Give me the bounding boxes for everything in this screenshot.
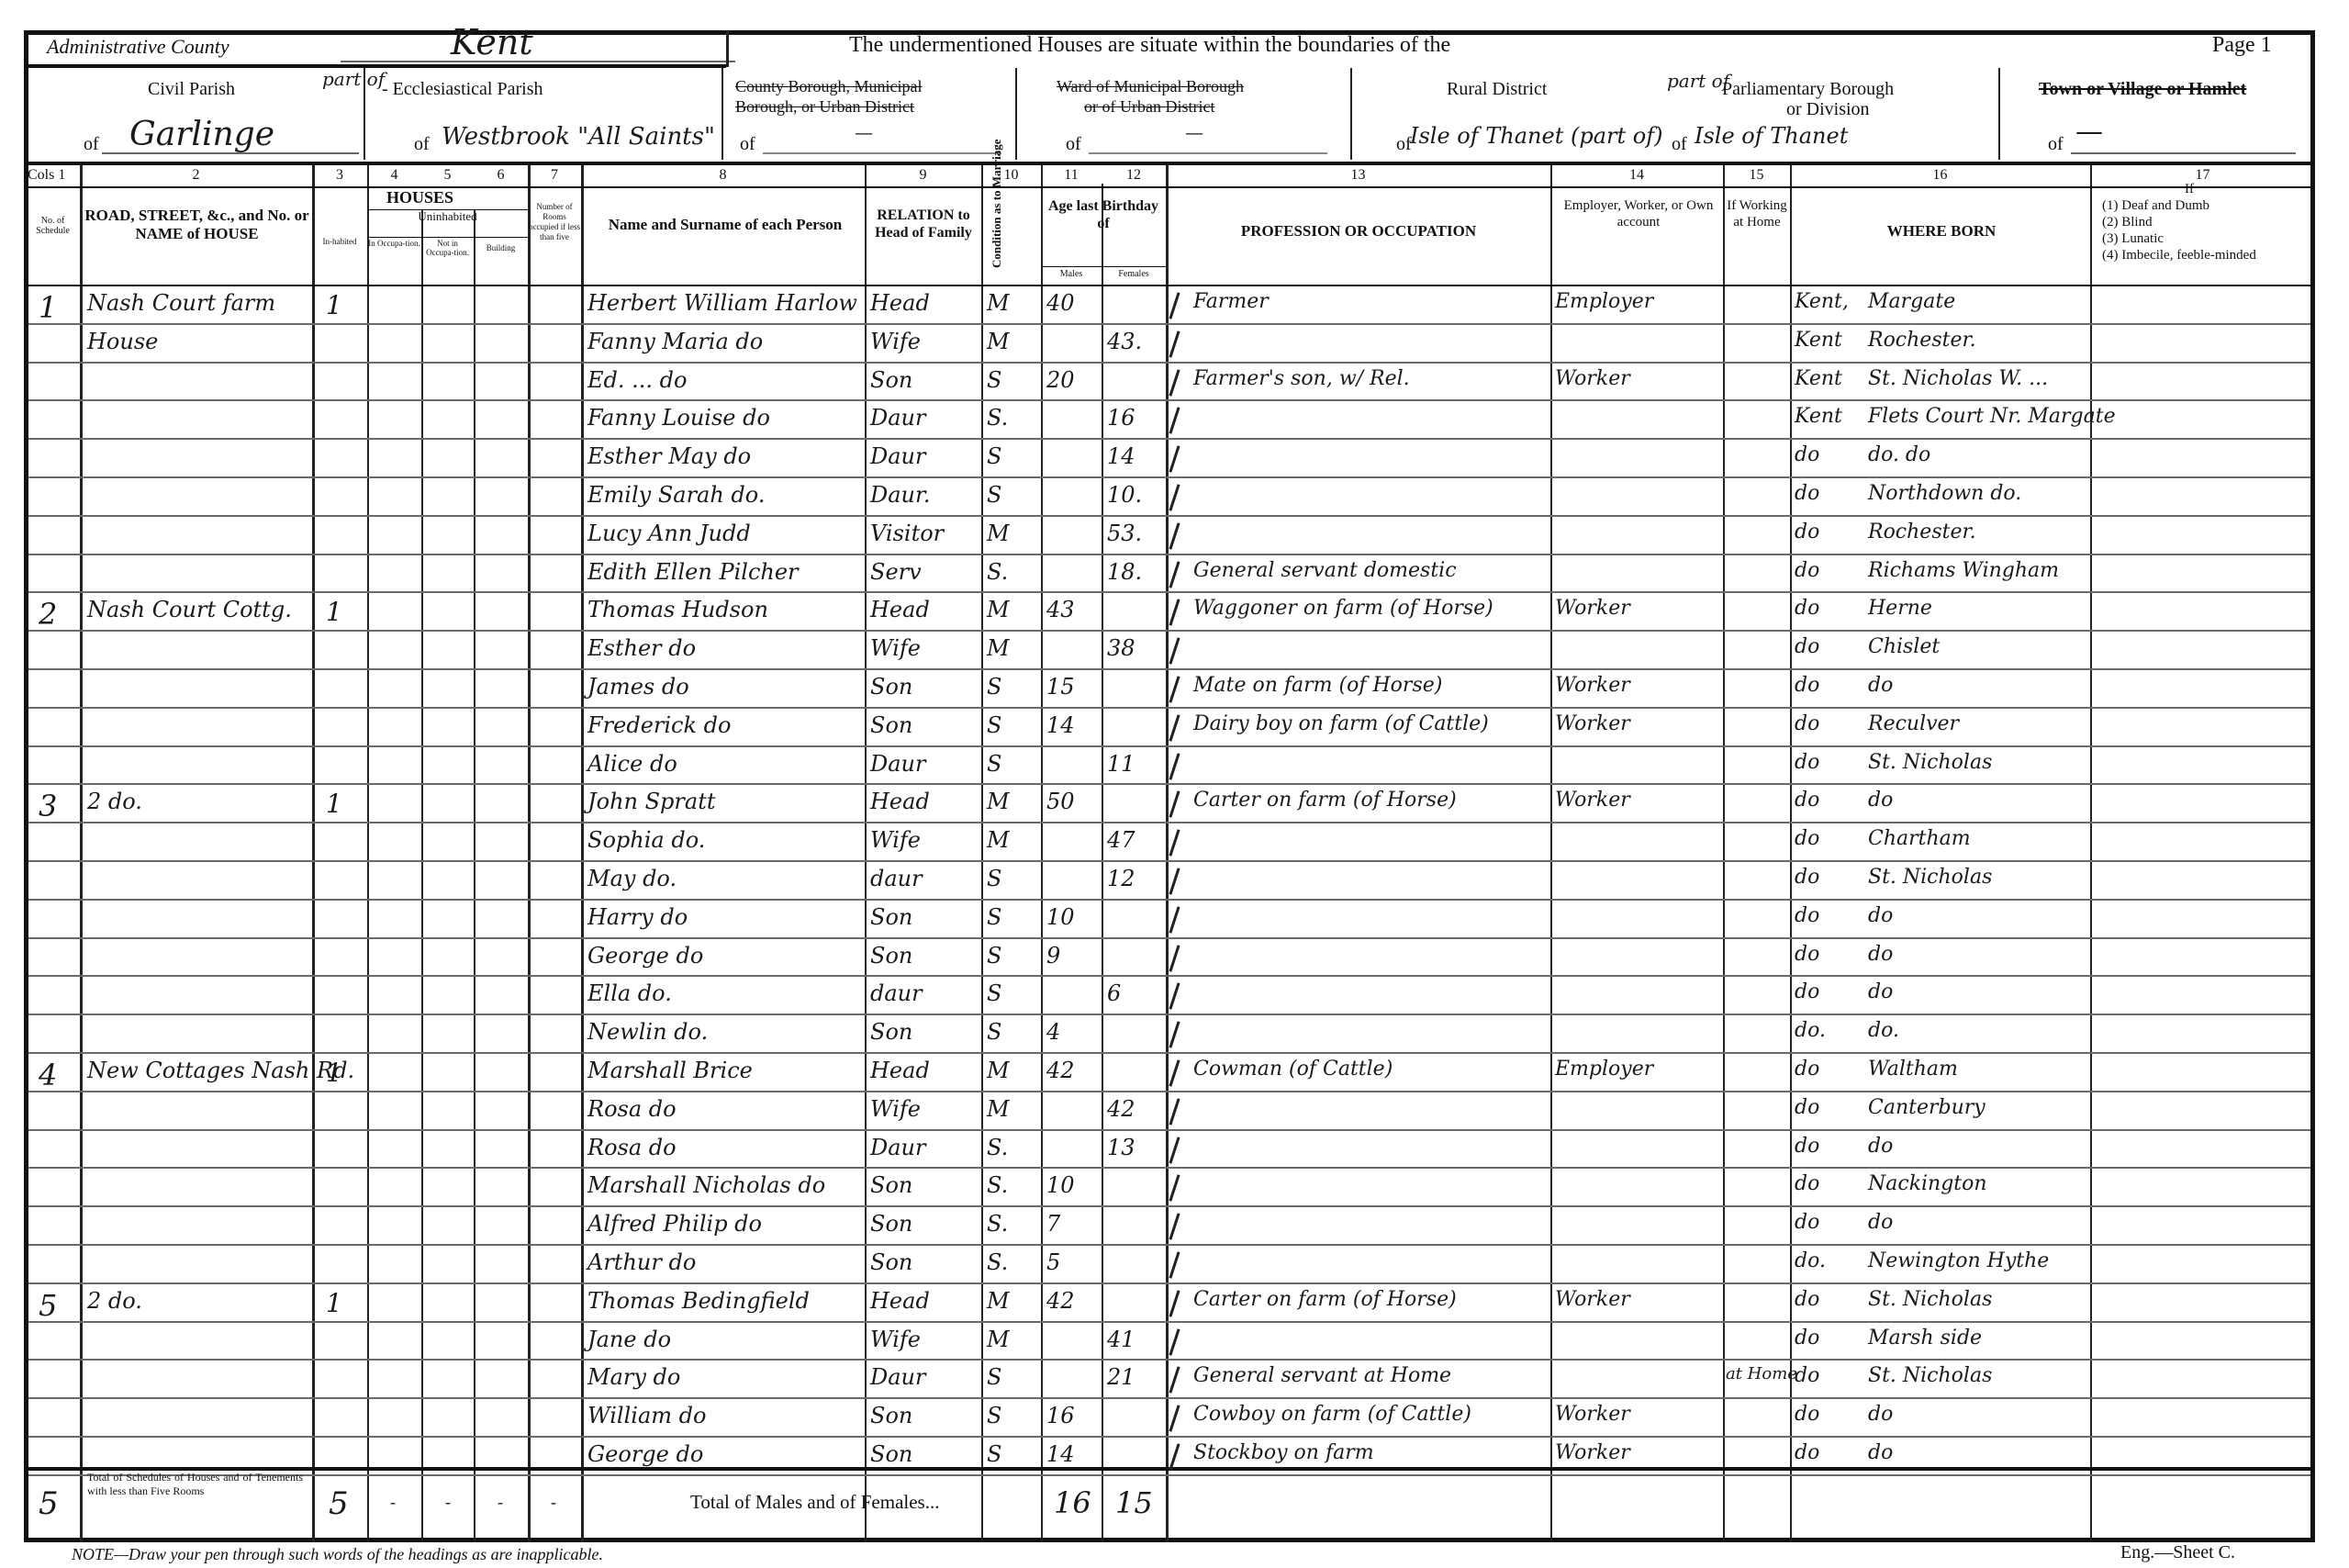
condition-cell: S bbox=[987, 904, 1001, 930]
born-county-cell: do bbox=[1795, 1441, 1819, 1464]
employment-cell: Worker bbox=[1555, 674, 1630, 697]
table-row: HouseFanny Maria doWifeM43.KentRochester… bbox=[0, 325, 2349, 364]
born-county-cell: do bbox=[1795, 943, 1819, 966]
table-row: Emily Sarah do.Daur.S10.doNorthdown do. bbox=[0, 478, 2349, 517]
born-county-cell: do bbox=[1795, 482, 1819, 505]
table-row: Rosa doWifeM42doCanterbury bbox=[0, 1092, 2349, 1131]
born-place-cell: Marsh side bbox=[1868, 1327, 1982, 1350]
occupation-check-mark bbox=[1169, 484, 1180, 510]
condition-cell: S bbox=[987, 943, 1001, 969]
born-county-cell: do bbox=[1795, 1288, 1819, 1311]
name-cell: Ella do. bbox=[587, 980, 672, 1006]
name-cell: Thomas Bedingfield bbox=[587, 1288, 810, 1314]
table-row: George doSonS9dodo bbox=[0, 939, 2349, 978]
employment-cell: Worker bbox=[1555, 367, 1630, 390]
employment-cell: Worker bbox=[1555, 789, 1630, 812]
name-cell: John Spratt bbox=[587, 789, 716, 814]
name-cell: James do bbox=[587, 674, 689, 700]
name-cell: Sophia do. bbox=[587, 827, 705, 853]
occupation-cell: Stockboy on farm bbox=[1193, 1441, 1374, 1464]
condition-cell: M bbox=[987, 635, 1010, 661]
relation-cell: Daur bbox=[870, 1364, 925, 1390]
occupation-check-mark bbox=[1169, 829, 1180, 856]
table-row: May do.daurS12doSt. Nicholas bbox=[0, 862, 2349, 901]
relation-cell: Son bbox=[870, 1441, 912, 1467]
male-age-cell: 14 bbox=[1046, 1441, 1075, 1467]
born-place-cell: Waltham bbox=[1868, 1058, 1958, 1081]
condition-cell: M bbox=[987, 290, 1010, 316]
name-cell: Marshall Brice bbox=[587, 1058, 753, 1083]
occupation-check-mark bbox=[1169, 1443, 1180, 1470]
occupation-cell: Carter on farm (of Horse) bbox=[1193, 1288, 1457, 1311]
condition-cell: M bbox=[987, 597, 1010, 622]
female-age-cell: 47 bbox=[1107, 827, 1135, 853]
relation-cell: Head bbox=[870, 1058, 930, 1083]
occupation-check-mark bbox=[1169, 753, 1180, 779]
occupation-check-mark bbox=[1169, 1290, 1180, 1316]
relation-cell: Daur bbox=[870, 1135, 925, 1160]
name-cell: Alice do bbox=[587, 751, 677, 777]
totals-males: 16 bbox=[1054, 1485, 1091, 1520]
born-place-cell: Rochester. bbox=[1868, 329, 1976, 352]
born-place-cell: Herne bbox=[1868, 597, 1932, 620]
condition-cell: S bbox=[987, 482, 1001, 508]
male-age-cell: 4 bbox=[1046, 1019, 1060, 1045]
born-county-cell: do bbox=[1795, 1135, 1819, 1158]
condition-cell: S bbox=[987, 866, 1001, 891]
name-cell: Frederick do bbox=[587, 712, 731, 738]
relation-cell: Son bbox=[870, 367, 912, 393]
male-age-cell: 9 bbox=[1046, 943, 1060, 969]
name-cell: Thomas Hudson bbox=[587, 597, 768, 622]
relation-cell: Wife bbox=[870, 635, 921, 661]
born-place-cell: do bbox=[1868, 789, 1893, 812]
born-county-cell: Kent bbox=[1795, 329, 1842, 352]
born-county-cell: do. bbox=[1795, 1019, 1826, 1042]
name-cell: Lucy Ann Judd bbox=[587, 521, 751, 546]
table-row: Newlin do.SonS4do.do. bbox=[0, 1015, 2349, 1054]
male-age-cell: 5 bbox=[1046, 1249, 1060, 1275]
name-cell: Mary do bbox=[587, 1364, 680, 1390]
born-place-cell: St. Nicholas W. ... bbox=[1868, 367, 2048, 390]
born-place-cell: do bbox=[1868, 1211, 1893, 1234]
relation-cell: Daur bbox=[870, 751, 925, 777]
table-row: Sophia do.WifeM47doChartham bbox=[0, 823, 2349, 862]
table-row: Frederick doSonS14Dairy boy on farm (of … bbox=[0, 709, 2349, 747]
occupation-check-mark bbox=[1169, 714, 1180, 741]
name-cell: Edith Ellen Pilcher bbox=[587, 559, 799, 585]
condition-cell: S bbox=[987, 712, 1001, 738]
table-row: Rosa doDaurS.13dodo bbox=[0, 1131, 2349, 1170]
condition-cell: S. bbox=[987, 1135, 1008, 1160]
employment-cell: Worker bbox=[1555, 597, 1630, 620]
relation-cell: Wife bbox=[870, 1096, 921, 1122]
born-place-cell: do bbox=[1868, 1135, 1893, 1158]
employment-cell: Employer bbox=[1555, 290, 1653, 313]
condition-cell: S bbox=[987, 443, 1001, 469]
occupation-check-mark bbox=[1169, 408, 1180, 434]
condition-cell: S bbox=[987, 1019, 1001, 1045]
born-place-cell: do. bbox=[1868, 1019, 1899, 1042]
occupation-cell: Carter on farm (of Horse) bbox=[1193, 789, 1457, 812]
relation-cell: Head bbox=[870, 597, 930, 622]
male-age-cell: 10 bbox=[1046, 904, 1075, 930]
inhabited-cell: 1 bbox=[326, 1058, 342, 1088]
male-age-cell: 20 bbox=[1046, 367, 1075, 393]
born-county-cell: do bbox=[1795, 751, 1819, 774]
occupation-check-mark bbox=[1169, 599, 1180, 626]
born-county-cell: do bbox=[1795, 1058, 1819, 1081]
born-place-cell: Reculver bbox=[1868, 712, 1959, 735]
condition-cell: M bbox=[987, 1058, 1010, 1083]
address-cell: Nash Court farm bbox=[87, 290, 275, 316]
born-county-cell: do bbox=[1795, 1364, 1819, 1387]
condition-cell: M bbox=[987, 789, 1010, 814]
census-rows: 1Nash Court farm1Herbert William HarlowH… bbox=[0, 0, 2349, 1568]
male-age-cell: 14 bbox=[1046, 712, 1075, 738]
table-row: 52 do.1Thomas BedingfieldHeadM42Carter o… bbox=[0, 1284, 2349, 1323]
female-age-cell: 6 bbox=[1107, 980, 1121, 1006]
female-age-cell: 11 bbox=[1107, 751, 1135, 777]
female-age-cell: 13 bbox=[1107, 1135, 1135, 1160]
relation-cell: Son bbox=[870, 1172, 912, 1198]
table-row: William doSonS16Cowboy on farm (of Cattl… bbox=[0, 1399, 2349, 1438]
born-place-cell: Flets Court Nr. Margate bbox=[1868, 405, 2116, 428]
occupation-check-mark bbox=[1169, 1405, 1180, 1431]
relation-cell: Daur. bbox=[870, 482, 930, 508]
relation-cell: Daur bbox=[870, 443, 925, 469]
male-age-cell: 7 bbox=[1046, 1211, 1060, 1237]
inhabited-cell: 1 bbox=[326, 290, 342, 320]
female-age-cell: 16 bbox=[1107, 405, 1135, 431]
name-cell: Rosa do bbox=[587, 1135, 677, 1160]
born-county-cell: do bbox=[1795, 904, 1819, 927]
condition-cell: M bbox=[987, 1096, 1010, 1122]
table-row: Alice doDaurS11doSt. Nicholas bbox=[0, 747, 2349, 786]
table-row: Mary doDaurS21General servant at Homeat … bbox=[0, 1361, 2349, 1399]
condition-cell: M bbox=[987, 329, 1010, 354]
born-county-cell: do bbox=[1795, 674, 1819, 697]
condition-cell: S bbox=[987, 1441, 1001, 1467]
relation-cell: Visitor bbox=[870, 521, 944, 546]
male-age-cell: 15 bbox=[1046, 674, 1075, 700]
born-place-cell: Rochester. bbox=[1868, 521, 1976, 543]
female-age-cell: 38 bbox=[1107, 635, 1135, 661]
condition-cell: S bbox=[987, 751, 1001, 777]
relation-cell: Son bbox=[870, 1211, 912, 1237]
occupation-check-mark bbox=[1169, 868, 1180, 894]
name-cell: Alfred Philip do bbox=[587, 1211, 762, 1237]
born-place-cell: Canterbury bbox=[1868, 1096, 1985, 1119]
born-place-cell: do. do bbox=[1868, 443, 1930, 466]
totals-mf-label: Total of Males and of Females... bbox=[690, 1491, 939, 1514]
female-age-cell: 14 bbox=[1107, 443, 1135, 469]
born-county-cell: Kent, bbox=[1795, 290, 1849, 313]
table-row: James doSonS15Mate on farm (of Horse)Wor… bbox=[0, 670, 2349, 709]
table-row: Alfred Philip doSonS.7dodo bbox=[0, 1207, 2349, 1246]
name-cell: Herbert William Harlow bbox=[587, 290, 857, 316]
born-place-cell: St. Nicholas bbox=[1868, 1364, 1992, 1387]
occupation-check-mark bbox=[1169, 292, 1180, 319]
occupation-check-mark bbox=[1169, 330, 1180, 357]
born-county-cell: do bbox=[1795, 1211, 1819, 1234]
born-place-cell: St. Nicholas bbox=[1868, 751, 1992, 774]
name-cell: Esther May do bbox=[587, 443, 751, 469]
totals-row: 5 Total of Schedules of Houses and of Te… bbox=[0, 1469, 2349, 1542]
relation-cell: Wife bbox=[870, 827, 921, 853]
occupation-cell: Cowboy on farm (of Cattle) bbox=[1193, 1403, 1471, 1426]
table-row: Fanny Louise doDaurS.16KentFlets Court N… bbox=[0, 401, 2349, 440]
occupation-cell: General servant domestic bbox=[1193, 559, 1457, 582]
female-age-cell: 18. bbox=[1107, 559, 1142, 585]
born-county-cell: do. bbox=[1795, 1249, 1826, 1272]
table-row: 32 do.1John SprattHeadM50Carter on farm … bbox=[0, 785, 2349, 823]
female-age-cell: 10. bbox=[1107, 482, 1142, 508]
occupation-cell: General servant at Home bbox=[1193, 1364, 1451, 1387]
name-cell: Marshall Nicholas do bbox=[587, 1172, 825, 1198]
relation-cell: Wife bbox=[870, 329, 921, 354]
male-age-cell: 43 bbox=[1046, 597, 1075, 622]
female-age-cell: 21 bbox=[1107, 1364, 1135, 1390]
relation-cell: Son bbox=[870, 943, 912, 969]
table-row: 1Nash Court farm1Herbert William HarlowH… bbox=[0, 286, 2349, 325]
relation-cell: Son bbox=[870, 1019, 912, 1045]
condition-cell: S. bbox=[987, 405, 1008, 431]
table-row: Ella do.daurS6dodo bbox=[0, 977, 2349, 1015]
name-cell: Esther do bbox=[587, 635, 696, 661]
condition-cell: S. bbox=[987, 559, 1008, 585]
occupation-check-mark bbox=[1169, 906, 1180, 933]
occupation-cell: Farmer bbox=[1193, 290, 1269, 313]
sheet-label: Eng.—Sheet C. bbox=[2120, 1542, 2235, 1563]
born-county-cell: do bbox=[1795, 980, 1819, 1003]
occupation-check-mark bbox=[1169, 1021, 1180, 1047]
table-row: Jane doWifeM41doMarsh side bbox=[0, 1323, 2349, 1361]
occupation-check-mark bbox=[1169, 1137, 1180, 1163]
born-county-cell: do bbox=[1795, 1096, 1819, 1119]
occupation-cell: Dairy boy on farm (of Cattle) bbox=[1193, 712, 1489, 735]
employment-cell: Employer bbox=[1555, 1058, 1653, 1081]
name-cell: Harry do bbox=[587, 904, 688, 930]
female-age-cell: 43. bbox=[1107, 329, 1142, 354]
occupation-check-mark bbox=[1169, 445, 1180, 472]
female-age-cell: 42 bbox=[1107, 1096, 1135, 1122]
male-age-cell: 16 bbox=[1046, 1403, 1075, 1428]
table-row: Esther May doDaurS14dodo. do bbox=[0, 440, 2349, 478]
name-cell: George do bbox=[587, 1441, 703, 1467]
born-place-cell: Richams Wingham bbox=[1868, 559, 2059, 582]
condition-cell: S. bbox=[987, 1249, 1008, 1275]
condition-cell: M bbox=[987, 521, 1010, 546]
occupation-check-mark bbox=[1169, 522, 1180, 549]
table-row: Edith Ellen PilcherServS.18.General serv… bbox=[0, 555, 2349, 594]
totals-in-occupation: - bbox=[390, 1493, 396, 1512]
relation-cell: Son bbox=[870, 1249, 912, 1275]
name-cell: George do bbox=[587, 943, 703, 969]
born-place-cell: do bbox=[1868, 1441, 1893, 1464]
totals-building: - bbox=[498, 1493, 503, 1512]
condition-cell: M bbox=[987, 1327, 1010, 1352]
totals-females: 15 bbox=[1115, 1485, 1153, 1520]
occupation-cell: Mate on farm (of Horse) bbox=[1193, 674, 1442, 697]
name-cell: Arthur do bbox=[587, 1249, 696, 1275]
born-county-cell: do bbox=[1795, 712, 1819, 735]
born-place-cell: Newington Hythe bbox=[1868, 1249, 2049, 1272]
condition-cell: M bbox=[987, 827, 1010, 853]
inhabited-cell: 1 bbox=[326, 1288, 342, 1318]
female-age-cell: 53. bbox=[1107, 521, 1142, 546]
table-row: 2Nash Court Cottg.1Thomas HudsonHeadM43W… bbox=[0, 593, 2349, 632]
address-cell: New Cottages Nash Rd. bbox=[87, 1058, 354, 1083]
address-cell: 2 do. bbox=[87, 789, 142, 814]
name-cell: Rosa do bbox=[587, 1096, 677, 1122]
born-county-cell: do bbox=[1795, 1403, 1819, 1426]
born-place-cell: Northdown do. bbox=[1868, 482, 2021, 505]
male-age-cell: 50 bbox=[1046, 789, 1075, 814]
table-row: Harry doSonS10dodo bbox=[0, 901, 2349, 939]
born-county-cell: do bbox=[1795, 521, 1819, 543]
born-place-cell: Nackington bbox=[1868, 1172, 1987, 1195]
condition-cell: S bbox=[987, 980, 1001, 1006]
occupation-check-mark bbox=[1169, 1059, 1180, 1086]
born-place-cell: St. Nicholas bbox=[1868, 866, 1992, 889]
born-place-cell: Chislet bbox=[1868, 635, 1940, 658]
totals-schedules: 5 bbox=[39, 1485, 59, 1522]
name-cell: Newlin do. bbox=[587, 1019, 708, 1045]
table-row: Marshall Nicholas doSonS.10doNackington bbox=[0, 1169, 2349, 1207]
occupation-check-mark bbox=[1169, 369, 1180, 396]
totals-inhabited: 5 bbox=[329, 1485, 349, 1522]
condition-cell: S bbox=[987, 367, 1001, 393]
employment-cell: Worker bbox=[1555, 1403, 1630, 1426]
born-county-cell: do bbox=[1795, 597, 1819, 620]
name-cell: Ed. ... do bbox=[587, 367, 687, 393]
condition-cell: S. bbox=[987, 1172, 1008, 1198]
employment-cell: Worker bbox=[1555, 1441, 1630, 1464]
employment-cell: Worker bbox=[1555, 712, 1630, 735]
born-county-cell: do bbox=[1795, 559, 1819, 582]
female-age-cell: 12 bbox=[1107, 866, 1135, 891]
born-county-cell: Kent bbox=[1795, 405, 1842, 428]
address-cell: Nash Court Cottg. bbox=[87, 597, 292, 622]
table-row: Arthur doSonS.5do.Newington Hythe bbox=[0, 1246, 2349, 1284]
relation-cell: daur bbox=[870, 980, 923, 1006]
born-place-cell: do bbox=[1868, 904, 1893, 927]
occupation-check-mark bbox=[1169, 561, 1180, 588]
address-cell: 2 do. bbox=[87, 1288, 142, 1314]
name-cell: Jane do bbox=[587, 1327, 671, 1352]
occupation-cell: Cowman (of Cattle) bbox=[1193, 1058, 1393, 1081]
relation-cell: Wife bbox=[870, 1327, 921, 1352]
relation-cell: Head bbox=[870, 1288, 930, 1314]
employment-cell: Worker bbox=[1555, 1288, 1630, 1311]
occupation-check-mark bbox=[1169, 637, 1180, 664]
born-county-cell: do bbox=[1795, 866, 1819, 889]
relation-cell: Head bbox=[870, 290, 930, 316]
born-county-cell: do bbox=[1795, 827, 1819, 850]
occupation-check-mark bbox=[1169, 1367, 1180, 1394]
born-county-cell: do bbox=[1795, 789, 1819, 812]
relation-cell: Son bbox=[870, 1403, 912, 1428]
name-cell: May do. bbox=[587, 866, 677, 891]
born-place-cell: do bbox=[1868, 1403, 1893, 1426]
born-place-cell: do bbox=[1868, 943, 1893, 966]
born-place-cell: do bbox=[1868, 674, 1893, 697]
occupation-check-mark bbox=[1169, 1251, 1180, 1278]
footer-note: NOTE—Draw your pen through such words of… bbox=[72, 1545, 603, 1564]
born-county-cell: do bbox=[1795, 443, 1819, 466]
totals-rooms: - bbox=[551, 1493, 556, 1512]
condition-cell: M bbox=[987, 1288, 1010, 1314]
relation-cell: Son bbox=[870, 712, 912, 738]
born-place-cell: St. Nicholas bbox=[1868, 1288, 1992, 1311]
male-age-cell: 10 bbox=[1046, 1172, 1075, 1198]
female-age-cell: 41 bbox=[1107, 1327, 1135, 1352]
occupation-check-mark bbox=[1169, 1328, 1180, 1355]
relation-cell: Son bbox=[870, 904, 912, 930]
schedule-number: 2 bbox=[39, 597, 57, 632]
table-row: 4New Cottages Nash Rd.1Marshall BriceHea… bbox=[0, 1054, 2349, 1092]
born-county-cell: do bbox=[1795, 635, 1819, 658]
relation-cell: Head bbox=[870, 789, 930, 814]
occupation-cell: Waggoner on farm (of Horse) bbox=[1193, 597, 1493, 620]
occupation-check-mark bbox=[1169, 791, 1180, 818]
totals-label: Total of Schedules of Houses and of Tene… bbox=[87, 1471, 303, 1498]
relation-cell: daur bbox=[870, 866, 923, 891]
inhabited-cell: 1 bbox=[326, 789, 342, 819]
occupation-check-mark bbox=[1169, 945, 1180, 971]
occupation-check-mark bbox=[1169, 1098, 1180, 1125]
table-row: Lucy Ann JuddVisitorM53.doRochester. bbox=[0, 517, 2349, 555]
born-county-cell: do bbox=[1795, 1327, 1819, 1350]
born-county-cell: do bbox=[1795, 1172, 1819, 1195]
schedule-number: 4 bbox=[39, 1058, 57, 1092]
condition-cell: S. bbox=[987, 1211, 1008, 1237]
relation-cell: Daur bbox=[870, 405, 925, 431]
inhabited-cell: 1 bbox=[326, 597, 342, 627]
born-place-cell: Margate bbox=[1868, 290, 1955, 313]
relation-cell: Serv bbox=[870, 559, 922, 585]
relation-cell: Son bbox=[870, 674, 912, 700]
condition-cell: S bbox=[987, 1364, 1001, 1390]
name-cell: Fanny Maria do bbox=[587, 329, 763, 354]
occupation-check-mark bbox=[1169, 983, 1180, 1010]
table-row: Ed. ... doSonS20Farmer's son, w/ Rel.Wor… bbox=[0, 364, 2349, 402]
at-home-cell: at Home bbox=[1726, 1364, 1797, 1383]
schedule-number: 1 bbox=[39, 290, 57, 325]
occupation-check-mark bbox=[1169, 1175, 1180, 1202]
occupation-cell: Farmer's son, w/ Rel. bbox=[1193, 367, 1410, 390]
totals-not-in-occupation: - bbox=[445, 1493, 451, 1512]
male-age-cell: 42 bbox=[1046, 1288, 1075, 1314]
schedule-number: 5 bbox=[39, 1288, 57, 1323]
name-cell: Fanny Louise do bbox=[587, 405, 770, 431]
occupation-check-mark bbox=[1169, 676, 1180, 702]
male-age-cell: 42 bbox=[1046, 1058, 1075, 1083]
name-cell: William do bbox=[587, 1403, 706, 1428]
condition-cell: S bbox=[987, 1403, 1001, 1428]
condition-cell: S bbox=[987, 674, 1001, 700]
name-cell: Emily Sarah do. bbox=[587, 482, 765, 508]
occupation-check-mark bbox=[1169, 1213, 1180, 1239]
schedule-number: 3 bbox=[39, 789, 57, 823]
address-cell: House bbox=[87, 329, 158, 354]
male-age-cell: 40 bbox=[1046, 290, 1075, 316]
born-place-cell: do bbox=[1868, 980, 1893, 1003]
table-row: Esther doWifeM38doChislet bbox=[0, 632, 2349, 670]
born-place-cell: Chartham bbox=[1868, 827, 1971, 850]
born-county-cell: Kent bbox=[1795, 367, 1842, 390]
